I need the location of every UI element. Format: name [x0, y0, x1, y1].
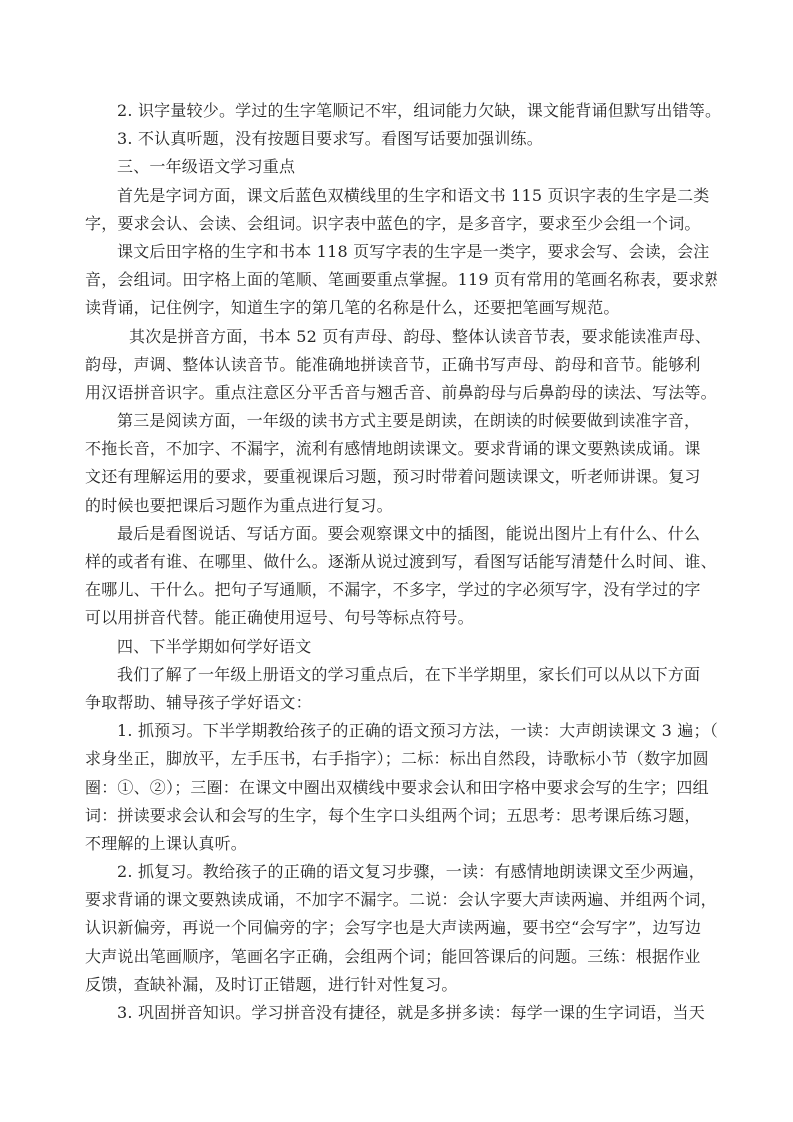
text-line: 读背诵，记住例字，知道生字的第几笔的名称是什么，还要把笔画写规范。	[85, 294, 717, 322]
text-line: 可以用拼音代替。能正确使用逗号、句号等标点符号。	[85, 604, 717, 632]
text-line: 认识新偏旁，再说一个同偏旁的字；会写字也是大声读两遍，要书空“会写字”，边写边	[85, 914, 717, 942]
text-line: 3. 不认真听题，没有按题目要求写。看图写话要加强训练。	[85, 125, 717, 153]
text-line: 三、一年级语文学习重点	[85, 153, 717, 181]
text-line: 的时候也要把课后习题作为重点进行复习。	[85, 492, 717, 520]
text-line: 文还有理解运用的要求，要重视课后习题，预习时带着问题读课文，听老师讲课。复习	[85, 463, 717, 491]
text-line: 争取帮助、辅导孩子学好语文：	[85, 689, 717, 717]
text-line: 用汉语拼音识字。重点注意区分平舌音与翘舌音、前鼻韵母与后鼻韵母的读法、写法等。	[85, 379, 717, 407]
text-line: 首先是字词方面，课文后蓝色双横线里的生字和语文书 115 页识字表的生字是二类	[85, 182, 717, 210]
text-line: 2. 识字量较少。学过的生字笔顺记不牢，组词能力欠缺，课文能背诵但默写出错等。	[85, 97, 717, 125]
text-line: 要求背诵的课文要熟读成诵，不加字不漏字。二说：会认字要大声读两遍、并组两个词，	[85, 886, 717, 914]
text-line: 反馈，查缺补漏，及时订正错题，进行针对性复习。	[85, 971, 717, 999]
text-line: 样的或者有谁、在哪里、做什么。逐渐从说过渡到写，看图写话能写清楚什么时间、谁、	[85, 548, 717, 576]
text-line: 1. 抓预习。下半学期教给孩子的正确的语文预习方法，一读：大声朗读课文 3 遍；…	[85, 717, 717, 745]
text-line: 2. 抓复习。教给孩子的正确的语文复习步骤，一读：有感情地朗读课文至少两遍，	[85, 858, 717, 886]
text-line: 四、下半学期如何学好语文	[85, 633, 717, 661]
text-line: 其次是拼音方面，书本 52 页有声母、韵母、整体认读音节表，要求能读准声母、	[85, 323, 717, 351]
text-line: 课文后田字格的生字和书本 118 页写字表的生字是一类字，要求会写、会读，会注	[85, 238, 717, 266]
text-line: 韵母，声调、整体认读音节。能准确地拼读音节，正确书写声母、韵母和音节。能够利	[85, 351, 717, 379]
text-line: 音，会组词。田字格上面的笔顺、笔画要重点掌握。119 页有常用的笔画名称表，要求…	[85, 266, 717, 294]
text-line: 不拖长音，不加字、不漏字，流利有感情地朗读课文。要求背诵的课文要熟读成诵。课	[85, 435, 717, 463]
text-line: 不理解的上课认真听。	[85, 830, 717, 858]
text-line: 在哪儿、干什么。把句子写通顺，不漏字，不多字，学过的字必须写字，没有学过的字	[85, 576, 717, 604]
text-line: 字，要求会认、会读、会组词。识字表中蓝色的字，是多音字，要求至少会组一个词。	[85, 210, 717, 238]
text-line: 第三是阅读方面，一年级的读书方式主要是朗读，在朗读的时候要做到读准字音，	[85, 407, 717, 435]
text-line: 3. 巩固拼音知识。学习拼音没有捷径，就是多拼多读：每学一课的生字词语，当天	[85, 999, 717, 1027]
text-line: 最后是看图说话、写话方面。要会观察课文中的插图，能说出图片上有什么、什么	[85, 520, 717, 548]
text-line: 词：拼读要求会认和会写的生字，每个生字口头组两个词；五思考：思考课后练习题，	[85, 802, 717, 830]
text-line: 大声说出笔画顺序，笔画名字正确，会组两个词；能回答课后的问题。三练：根据作业	[85, 943, 717, 971]
text-line: 圈：①、②）；三圈：在课文中圈出双横线中要求会认和田字格中要求会写的生字；四组	[85, 774, 717, 802]
document-body: 2. 识字量较少。学过的生字笔顺记不牢，组词能力欠缺，课文能背诵但默写出错等。3…	[85, 97, 717, 1027]
text-line: 我们了解了一年级上册语文的学习重点后，在下半学期里，家长们可以从以下方面	[85, 661, 717, 689]
text-line: 求身坐正，脚放平，左手压书，右手指字）；二标：标出自然段，诗歌标小节（数字加圆	[85, 745, 717, 773]
document-page: 2. 识字量较少。学过的生字笔顺记不牢，组词能力欠缺，课文能背诵但默写出错等。3…	[0, 0, 793, 1122]
